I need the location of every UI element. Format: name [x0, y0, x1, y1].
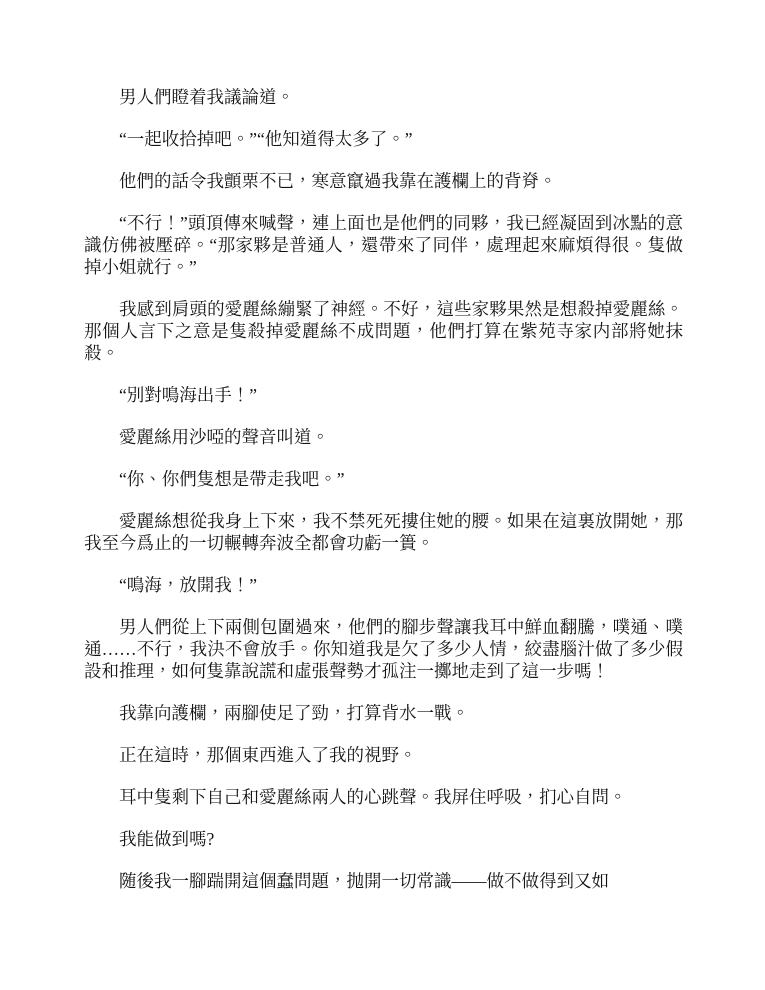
- paragraph: 我感到肩頭的愛麗絲繃緊了神經。不好，這些家夥果然是想殺掉愛麗絲。那個人言下之意是…: [84, 298, 683, 364]
- paragraph: “不行！”頭頂傳來喊聲，連上面也是他們的同夥，我已經凝固到冰點的意識仿佛被壓碎。…: [84, 212, 683, 278]
- paragraph: 愛麗絲想從我身上下來，我不禁死死摟住她的腰。如果在這裏放開她，那我至今爲止的一切…: [84, 510, 683, 554]
- paragraph: “你、你們隻想是帶走我吧。”: [84, 468, 683, 490]
- paragraph: 正在這時，那個東西進入了我的視野。: [84, 744, 683, 766]
- paragraph: 他們的話令我顫栗不已，寒意竄過我靠在護欄上的背脊。: [84, 170, 683, 192]
- paragraph: 我靠向護欄，兩腳使足了勁，打算背水一戰。: [84, 702, 683, 724]
- paragraph: “一起收拾掉吧。”“他知道得太多了。”: [84, 128, 683, 150]
- paragraph: 随後我一腳踹開這個蠢問題，抛開一切常識——做不做得到又如: [84, 870, 683, 892]
- paragraph: 我能做到嗎?: [84, 828, 683, 850]
- paragraph: 男人們瞪着我議論道。: [84, 86, 683, 108]
- paragraph: 男人們從上下兩側包圍過來，他們的腳步聲讓我耳中鮮血翻騰，噗通、噗通……不行，我決…: [84, 616, 683, 682]
- paragraph: “鳴海，放開我！”: [84, 574, 683, 596]
- paragraph: 愛麗絲用沙啞的聲音叫道。: [84, 426, 683, 448]
- paragraph: 耳中隻剩下自己和愛麗絲兩人的心跳聲。我屏住呼吸，扪心自問。: [84, 786, 683, 808]
- document-page: 男人們瞪着我議論道。 “一起收拾掉吧。”“他知道得太多了。” 他們的話令我顫栗不…: [0, 0, 765, 990]
- paragraph: “別對鳴海出手！”: [84, 384, 683, 406]
